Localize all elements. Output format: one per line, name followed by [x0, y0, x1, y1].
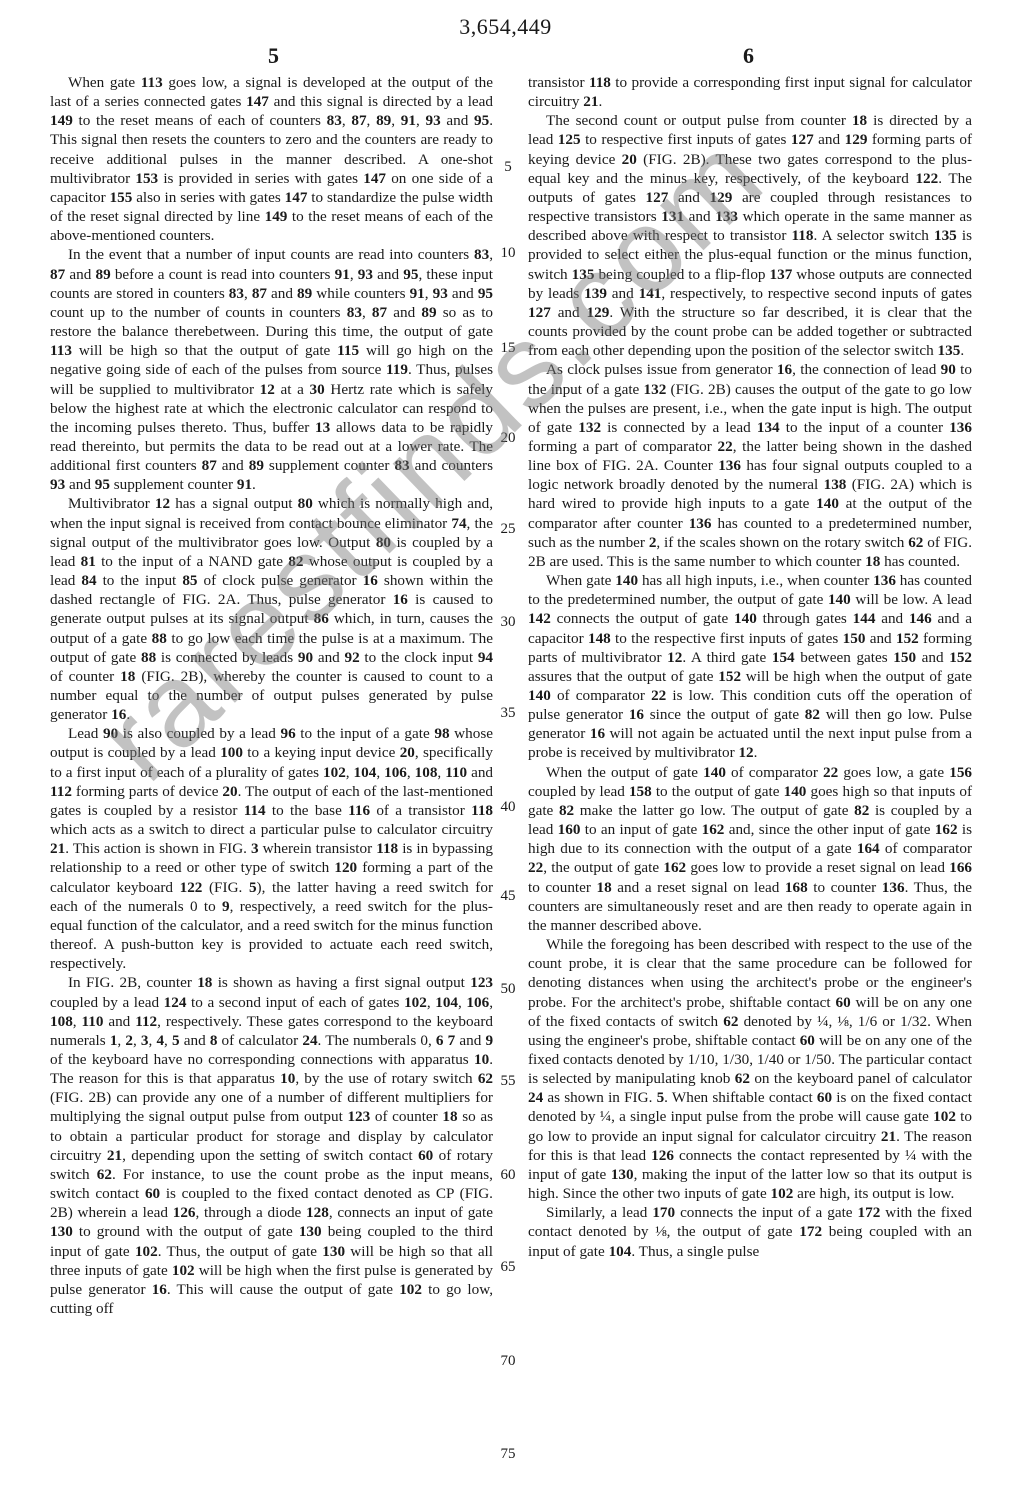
paragraph: When the output of gate 140 of comparato…: [528, 763, 972, 935]
line-number: 70: [493, 1353, 523, 1370]
line-number: 40: [493, 799, 523, 816]
paragraph: When gate 113 goes low, a signal is deve…: [50, 73, 493, 245]
paragraph: As clock pulses issue from generator 16,…: [528, 360, 972, 571]
line-number: 15: [493, 340, 523, 357]
line-number: 50: [493, 981, 523, 998]
paragraph: In the event that a number of input coun…: [50, 245, 493, 494]
line-number: 25: [493, 521, 523, 538]
paragraph: In FIG. 2B, counter 18 is shown as havin…: [50, 973, 493, 1318]
paragraph: When gate 140 has all high inputs, i.e.,…: [528, 571, 972, 763]
paragraph: Lead 90 is also coupled by a lead 96 to …: [50, 724, 493, 973]
line-number: 30: [493, 614, 523, 631]
right-column: transistor 118 to provide a correspondin…: [528, 73, 972, 1261]
patent-number: 3,654,449: [0, 14, 1011, 40]
line-number: 55: [493, 1073, 523, 1090]
paragraph: Similarly, a lead 170 connects the input…: [528, 1203, 972, 1260]
line-number: 65: [493, 1259, 523, 1276]
line-number: 75: [493, 1446, 523, 1463]
line-number: 20: [493, 430, 523, 447]
line-number: 35: [493, 705, 523, 722]
left-column: When gate 113 goes low, a signal is deve…: [50, 73, 493, 1318]
column-number-right: 6: [743, 43, 754, 69]
paragraph: transistor 118 to provide a correspondin…: [528, 73, 972, 111]
paragraph: Multivibrator 12 has a signal output 80 …: [50, 494, 493, 724]
column-number-left: 5: [268, 43, 279, 69]
paragraph: The second count or output pulse from co…: [528, 111, 972, 360]
line-number: 5: [493, 159, 523, 176]
paragraph: While the foregoing has been described w…: [528, 935, 972, 1203]
line-number: 60: [493, 1167, 523, 1184]
line-number: 45: [493, 888, 523, 905]
line-number: 10: [493, 245, 523, 262]
